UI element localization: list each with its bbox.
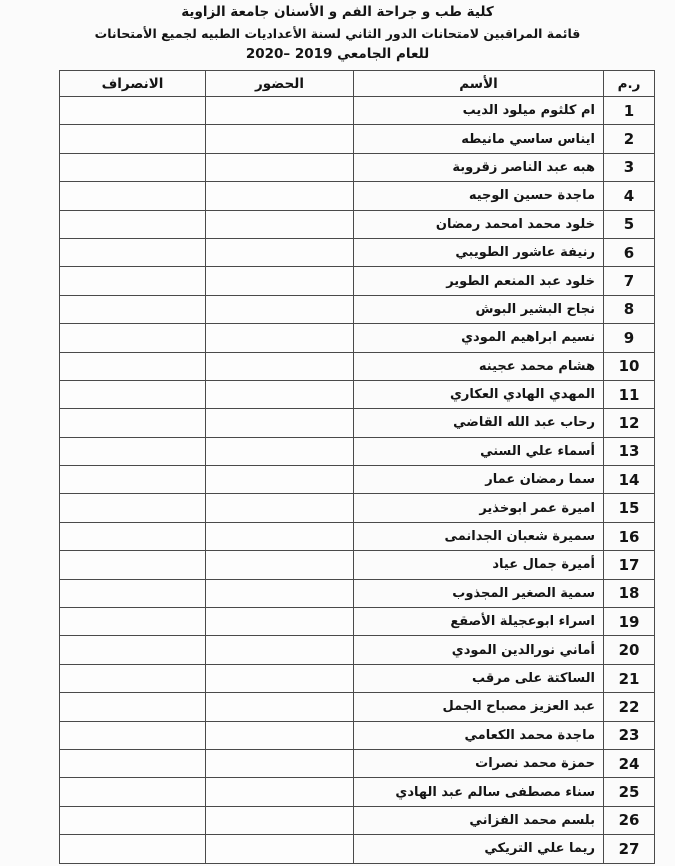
cell-attendance [206,437,354,465]
cell-serial: 20 [604,636,655,664]
table-row: 8نجاح البشير البوش [60,295,655,323]
cell-attendance [206,636,354,664]
table-row: 12رحاب عبد الله القاضي [60,409,655,437]
cell-serial: 3 [604,153,655,181]
table-row: 1ام كلثوم ميلود الديب [60,97,655,125]
cell-departure [60,693,206,721]
cell-name: ريما علي التريكي [354,835,604,863]
cell-departure [60,125,206,153]
cell-attendance [206,835,354,863]
cell-departure [60,210,206,238]
cell-name: ماجدة محمد الكعامي [354,721,604,749]
subtitle-bold-phrase: الأعداديات الطبيه [201,26,306,41]
cell-attendance [206,153,354,181]
table-row: 10هشام محمد عجينه [60,352,655,380]
table-row: 2ايناس ساسي مانيطه [60,125,655,153]
cell-attendance [206,295,354,323]
cell-departure [60,153,206,181]
table-row: 15اميرة عمر ابوخذير [60,494,655,522]
table-row: 3هبه عبد الناصر زقروبة [60,153,655,181]
cell-departure [60,380,206,408]
table-header-row: ر.م الأسم الحضور الانصراف [60,71,655,97]
cell-attendance [206,409,354,437]
scanned-document-page: كلية طب و جراحة الفم و الأسنان جامعة الز… [0,0,675,866]
cell-name: حمزة محمد نصرات [354,749,604,777]
cell-departure [60,324,206,352]
cell-serial: 11 [604,380,655,408]
cell-departure [60,238,206,266]
cell-departure [60,778,206,806]
cell-name: سناء مصطفى سالم عبد الهادي [354,778,604,806]
cell-serial: 10 [604,352,655,380]
table-row: 20أماني نورالدين المودي [60,636,655,664]
cell-departure [60,608,206,636]
table-row: 26بلسم محمد الفزاني [60,806,655,834]
cell-departure [60,352,206,380]
cell-serial: 17 [604,551,655,579]
table-row: 11المهدي الهادي العكاري [60,380,655,408]
cell-name: ام كلثوم ميلود الديب [354,97,604,125]
cell-name: ماجدة حسين الوجيه [354,182,604,210]
cell-attendance [206,664,354,692]
cell-departure [60,437,206,465]
cell-serial: 13 [604,437,655,465]
cell-attendance [206,380,354,408]
cell-name: عبد العزيز مصباح الجمل [354,693,604,721]
cell-departure [60,579,206,607]
cell-serial: 8 [604,295,655,323]
cell-name: اسراء ابوعجيلة الأصقع [354,608,604,636]
cell-name: بلسم محمد الفزاني [354,806,604,834]
cell-name: هشام محمد عجينه [354,352,604,380]
table-row: 14سما رمضان عمار [60,466,655,494]
cell-attendance [206,608,354,636]
cell-departure [60,551,206,579]
cell-attendance [206,97,354,125]
cell-name: سما رمضان عمار [354,466,604,494]
college-title: كلية طب و جراحة الفم و الأسنان جامعة الز… [0,2,675,23]
cell-departure [60,636,206,664]
table-row: 17أميرة جمال عياد [60,551,655,579]
cell-attendance [206,466,354,494]
cell-serial: 23 [604,721,655,749]
cell-serial: 14 [604,466,655,494]
cell-departure [60,721,206,749]
table-row: 18سمية الصغير المجذوب [60,579,655,607]
table-row: 16سميرة شعبان الجدانمى [60,522,655,550]
cell-serial: 18 [604,579,655,607]
cell-attendance [206,352,354,380]
cell-serial: 12 [604,409,655,437]
table-row: 21الساكتة على مرقب [60,664,655,692]
table-row: 23ماجدة محمد الكعامي [60,721,655,749]
cell-name: نجاح البشير البوش [354,295,604,323]
col-header-name: الأسم [354,71,604,97]
cell-departure [60,749,206,777]
table-row: 4ماجدة حسين الوجيه [60,182,655,210]
cell-serial: 15 [604,494,655,522]
cell-serial: 2 [604,125,655,153]
table-row: 13أسماء علي السني [60,437,655,465]
col-header-departure: الانصراف [60,71,206,97]
cell-departure [60,267,206,295]
cell-serial: 5 [604,210,655,238]
table-row: 7خلود عبد المنعم الطوير [60,267,655,295]
proctor-roster-table: ر.م الأسم الحضور الانصراف 1ام كلثوم ميلو… [59,70,655,864]
cell-departure [60,295,206,323]
cell-attendance [206,494,354,522]
document-subtitle: قائمة المراقبين لامتحانات الدور الثاني ل… [0,23,675,44]
cell-attendance [206,324,354,352]
cell-name: ايناس ساسي مانيطه [354,125,604,153]
cell-departure [60,409,206,437]
subtitle-text-start: قائمة المراقبين لامتحانات الدور الثاني ل… [306,26,580,41]
cell-attendance [206,182,354,210]
cell-departure [60,494,206,522]
cell-name: أميرة جمال عياد [354,551,604,579]
cell-name: خلود عبد المنعم الطوير [354,267,604,295]
cell-name: رنيفة عاشور الطويبي [354,238,604,266]
cell-attendance [206,125,354,153]
col-header-serial: ر.م [604,71,655,97]
cell-departure [60,835,206,863]
cell-serial: 21 [604,664,655,692]
subtitle-text-end: لجميع الأمتحانات [95,26,202,41]
table-row: 9نسيم ابراهيم المودي [60,324,655,352]
cell-name: سميرة شعبان الجدانمى [354,522,604,550]
cell-serial: 25 [604,778,655,806]
cell-attendance [206,579,354,607]
cell-serial: 4 [604,182,655,210]
cell-name: هبه عبد الناصر زقروبة [354,153,604,181]
cell-name: نسيم ابراهيم المودي [354,324,604,352]
cell-attendance [206,267,354,295]
cell-serial: 7 [604,267,655,295]
cell-serial: 1 [604,97,655,125]
cell-name: رحاب عبد الله القاضي [354,409,604,437]
cell-serial: 9 [604,324,655,352]
table-row: 6رنيفة عاشور الطويبي [60,238,655,266]
cell-attendance [206,721,354,749]
cell-attendance [206,693,354,721]
cell-departure [60,97,206,125]
cell-serial: 24 [604,749,655,777]
cell-departure [60,806,206,834]
table-row: 25سناء مصطفى سالم عبد الهادي [60,778,655,806]
cell-attendance [206,749,354,777]
cell-departure [60,182,206,210]
cell-attendance [206,238,354,266]
cell-attendance [206,778,354,806]
cell-serial: 6 [604,238,655,266]
cell-serial: 22 [604,693,655,721]
table-row: 5خلود محمد امحمد رمضان [60,210,655,238]
cell-name: أماني نورالدين المودي [354,636,604,664]
col-header-attendance: الحضور [206,71,354,97]
cell-serial: 27 [604,835,655,863]
cell-serial: 19 [604,608,655,636]
cell-attendance [206,551,354,579]
cell-name: سمية الصغير المجذوب [354,579,604,607]
academic-year: للعام الجامعي 2019 –2020 [0,44,675,65]
cell-departure [60,664,206,692]
cell-name: اميرة عمر ابوخذير [354,494,604,522]
cell-attendance [206,210,354,238]
table-row: 19اسراء ابوعجيلة الأصقع [60,608,655,636]
cell-serial: 26 [604,806,655,834]
table-row: 27ريما علي التريكي [60,835,655,863]
cell-departure [60,466,206,494]
cell-departure [60,522,206,550]
cell-name: خلود محمد امحمد رمضان [354,210,604,238]
table-row: 24حمزة محمد نصرات [60,749,655,777]
cell-serial: 16 [604,522,655,550]
document-header: كلية طب و جراحة الفم و الأسنان جامعة الز… [0,2,675,65]
cell-name: الساكتة على مرقب [354,664,604,692]
cell-name: أسماء علي السني [354,437,604,465]
table-row: 22عبد العزيز مصباح الجمل [60,693,655,721]
cell-attendance [206,522,354,550]
cell-attendance [206,806,354,834]
cell-name: المهدي الهادي العكاري [354,380,604,408]
